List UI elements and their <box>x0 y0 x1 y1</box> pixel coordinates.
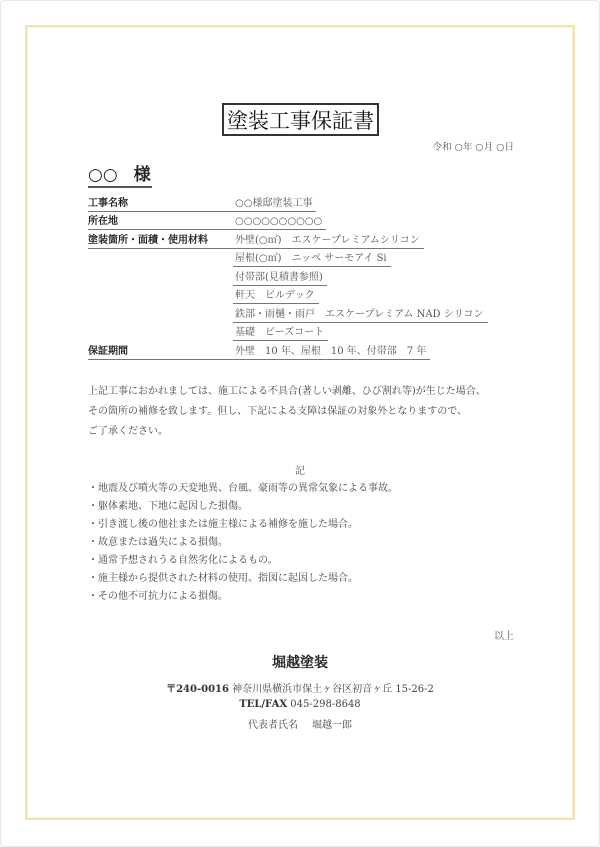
representative-label: 代表者氏名 <box>248 720 298 731</box>
field-value: 鉄部・雨樋・雨戸 エスケープレミアム NAD シリコン <box>233 309 488 323</box>
closing-mark: 以上 <box>494 627 514 642</box>
postal-code: 〒240-0016 <box>166 684 229 695</box>
exclusion-item: 施主様から提供された材料の使用、指図に起因した場合。 <box>88 570 398 588</box>
field-row-project-name: 工事名称 ○○様邸塗装工事 <box>88 193 528 212</box>
tel-fax-number: 045-298-8648 <box>290 699 360 710</box>
exclusion-item: 地震及び噴火等の天変地異、台風、豪雨等の異常気象による事故。 <box>88 480 398 498</box>
company-phone: TEL/FAX 045-298-8648 <box>0 699 600 710</box>
field-label: 所在地 <box>88 216 233 230</box>
field-value: 屋根(○㎡) ニッペ サーモアイ Si <box>233 253 391 267</box>
exclusions-list: 地震及び噴火等の天変地異、台風、豪雨等の異常気象による事故。 躯体素地、下地に起… <box>88 480 398 606</box>
statement-line: 上記工事におかれましては、施工による不具合(著しい剥離、ひび割れ等)が生じた場合… <box>88 382 528 402</box>
company-representative: 代表者氏名堀越一郎 <box>0 716 600 731</box>
exclusion-item: 通常予想されうる自然劣化によるもの。 <box>88 552 398 570</box>
exclusion-item: 躯体素地、下地に起因した損傷。 <box>88 498 398 516</box>
field-label <box>88 340 233 341</box>
field-row-materials-foundation: 基礎 ビーズコート <box>88 323 528 342</box>
address-text: 神奈川県横浜市保土ヶ谷区初音ヶ丘 15-26-2 <box>232 684 434 695</box>
field-row-warranty-period: 保証期間 外壁 10 年、屋根 10 年、付帯部 7 年 <box>88 341 528 360</box>
statement-line: その箇所の補修を致します。但し、下記による支障は保証の対象外となりますので、 <box>88 402 528 422</box>
field-label <box>88 285 233 286</box>
field-row-materials-roof: 屋根(○㎡) ニッペ サーモアイ Si <box>88 249 528 268</box>
recipient-name: ○○ <box>88 165 118 185</box>
field-value: 外壁(○㎡) エスケープレミアムシリコン <box>233 235 424 249</box>
field-row-materials-trim: 付帯部(見積書参照) <box>88 267 528 286</box>
issue-date: 令和 ○年 ○月 ○日 <box>433 139 514 153</box>
notes-heading: 記 <box>0 462 600 477</box>
field-label: 工事名称 <box>88 198 233 212</box>
field-value: 基礎 ビーズコート <box>233 327 328 341</box>
field-value: ○○様邸塗装工事 <box>233 198 316 212</box>
warranty-statement: 上記工事におかれましては、施工による不具合(著しい剥離、ひび割れ等)が生じた場合… <box>88 382 528 442</box>
field-label: 保証期間 <box>88 346 233 360</box>
field-value: 外壁 10 年、屋根 10 年、付帯部 7 年 <box>233 346 430 360</box>
representative-name: 堀越一郎 <box>312 720 352 731</box>
field-row-location: 所在地 ○○○○○○○○○○ <box>88 212 528 231</box>
contract-details: 工事名称 ○○様邸塗装工事 所在地 ○○○○○○○○○○ 塗装箇所・面積・使用材… <box>88 193 528 360</box>
document-title: 塗装工事保証書 <box>222 103 379 136</box>
company-address: 〒240-0016 神奈川県横浜市保土ヶ谷区初音ヶ丘 15-26-2 <box>0 680 600 695</box>
field-row-materials-iron: 鉄部・雨樋・雨戸 エスケープレミアム NAD シリコン <box>88 304 528 323</box>
field-label <box>88 303 233 304</box>
field-value: 付帯部(見積書参照) <box>233 272 327 286</box>
tel-fax-label: TEL/FAX <box>239 699 287 710</box>
exclusion-item: 引き渡し後の他社または施主様による補修を施した場合。 <box>88 516 398 534</box>
field-label <box>88 266 233 267</box>
field-label <box>88 322 233 323</box>
document-title-text: 塗装工事保証書 <box>227 105 374 135</box>
field-row-materials-eaves: 軒天 ビルデック <box>88 286 528 305</box>
recipient: ○○様 <box>88 160 152 188</box>
recipient-honorific: 様 <box>134 165 151 185</box>
field-label: 塗装箇所・面積・使用材料 <box>88 235 233 249</box>
exclusion-item: その他不可抗力による損傷。 <box>88 588 398 606</box>
exclusion-item: 故意または過失による損傷。 <box>88 534 398 552</box>
field-value: ○○○○○○○○○○ <box>233 216 326 230</box>
company-name: 堀越塗装 <box>0 652 600 672</box>
statement-line: ご了承ください。 <box>88 422 528 442</box>
field-value: 軒天 ビルデック <box>233 290 319 304</box>
field-row-materials: 塗装箇所・面積・使用材料 外壁(○㎡) エスケープレミアムシリコン <box>88 230 528 249</box>
